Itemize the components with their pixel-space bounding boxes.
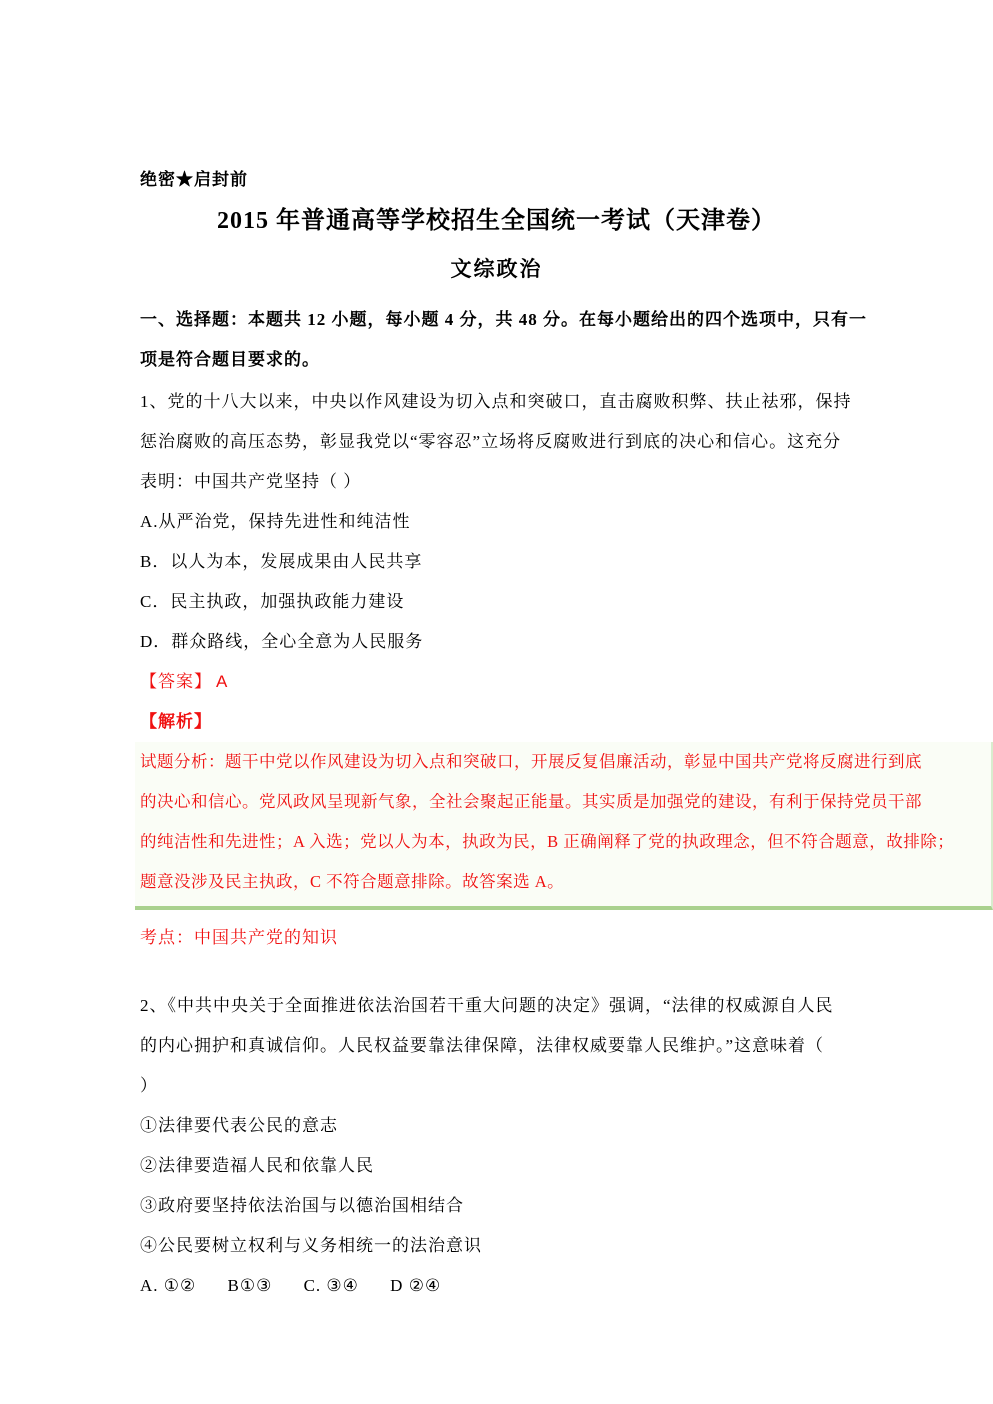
question-1-option-b: B．以人为本，发展成果由人民共享	[140, 542, 993, 582]
analysis-highlight-block: 试题分析：题干中党以作风建设为切入点和突破口，开展反复倡廉活动，彰显中国共产党将…	[135, 742, 993, 910]
question-2: 2、《中共中央关于全面推进依法治国若干重大问题的决定》强调，“法律的权威源自人民…	[0, 986, 993, 1306]
analysis-line: 试题分析：题干中党以作风建设为切入点和突破口，开展反复倡廉活动，彰显中国共产党将…	[140, 742, 991, 782]
question-1: 1、党的十八大以来，中央以作风建设为切入点和突破口，直击腐败积弊、扶止祛邪，保持…	[0, 382, 993, 958]
question-1-stem-line: 表明：中国共产党坚持（ ）	[140, 462, 993, 502]
question-2-stem-line: ）	[140, 1066, 993, 1106]
question-2-option-c: C. ③④	[304, 1266, 359, 1306]
question-1-option-d: D．群众路线，全心全意为人民服务	[140, 622, 993, 662]
question-2-stem-line: 的内心拥护和真诚信仰。人民权益要靠法律保障，法律权威要靠人民维护。”这意味着（	[140, 1026, 993, 1066]
analysis-line: 的决心和信心。党风政风呈现新气象，全社会聚起正能量。其实质是加强党的建设，有利于…	[140, 782, 991, 822]
question-1-stem-line: 惩治腐败的高压态势，彰显我党以“零容忍”立场将反腐败进行到底的决心和信心。这充分	[140, 422, 993, 462]
question-2-option-a: A. ①②	[140, 1266, 196, 1306]
question-1-option-c: C．民主执政，加强执政能力建设	[140, 582, 993, 622]
security-classification: 绝密★启封前	[140, 168, 993, 192]
analysis-line: 的纯洁性和先进性；A 入选；党以人为本，执政为民，B 正确阐释了党的执政理念，但…	[140, 822, 991, 862]
question-2-item-3: ③政府要坚持依法治国与以德治国相结合	[140, 1186, 993, 1226]
answer-value: A	[216, 672, 228, 691]
analysis-label: 【解析】	[140, 702, 993, 742]
question-2-option-b: B①③	[228, 1266, 273, 1306]
question-2-options-row: A. ①② B①③ C. ③④ D ②④	[140, 1266, 993, 1306]
question-1-option-a: A.从严治党，保持先进性和纯洁性	[140, 502, 993, 542]
question-2-item-2: ②法律要造福人民和依靠人民	[140, 1146, 993, 1186]
exam-point: 考点：中国共产党的知识	[140, 918, 993, 958]
question-2-stem-line: 2、《中共中央关于全面推进依法治国若干重大问题的决定》强调，“法律的权威源自人民	[140, 986, 993, 1026]
answer-label: 【答案】	[140, 672, 212, 691]
section-instructions-line1: 一、选择题：本题共 12 小题，每小题 4 分，共 48 分。在每小题给出的四个…	[140, 300, 993, 340]
analysis-line: 题意没涉及民主执政，C 不符合题意排除。故答案选 A。	[140, 862, 991, 902]
exam-title: 2015 年普通高等学校招生全国统一考试（天津卷）	[0, 204, 993, 238]
question-2-item-1: ①法律要代表公民的意志	[140, 1106, 993, 1146]
section-instructions-line2: 项是符合题目要求的。	[140, 340, 993, 380]
question-2-option-d: D ②④	[390, 1266, 441, 1306]
answer-line: 【答案】A	[140, 662, 993, 702]
question-1-stem-line: 1、党的十八大以来，中央以作风建设为切入点和突破口，直击腐败积弊、扶止祛邪，保持	[140, 382, 993, 422]
question-2-item-4: ④公民要树立权利与义务相统一的法治意识	[140, 1226, 993, 1266]
exam-subject: 文综政治	[0, 254, 993, 284]
exam-paper-page: 绝密★启封前 2015 年普通高等学校招生全国统一考试（天津卷） 文综政治 一、…	[0, 0, 993, 1404]
